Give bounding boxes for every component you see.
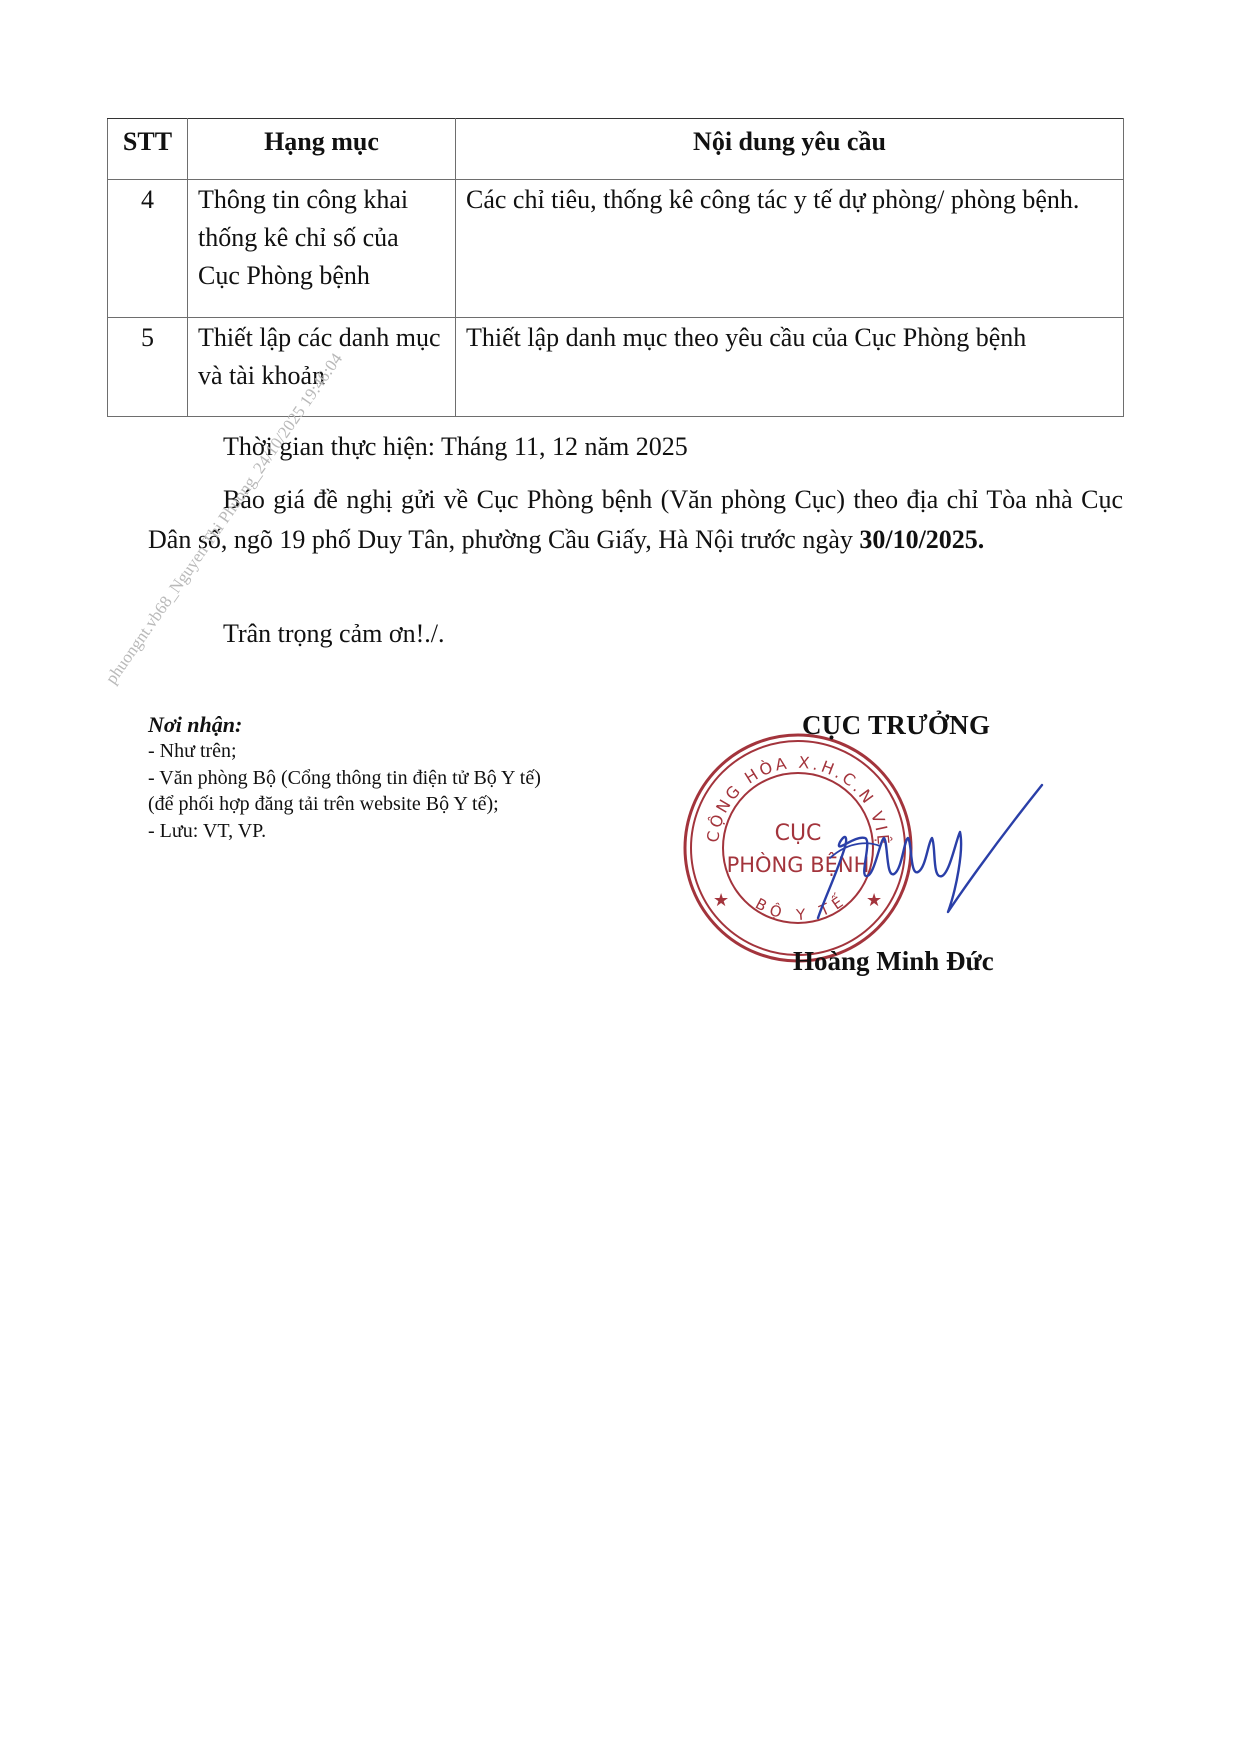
recipient-line: - Như trên; bbox=[148, 738, 541, 765]
table-row: 4 Thông tin công khai thống kê chỉ số củ… bbox=[108, 180, 1124, 318]
recipient-line: - Lưu: VT, VP. bbox=[148, 818, 541, 845]
row-stt: 5 bbox=[108, 318, 188, 417]
star-icon: ★ bbox=[713, 890, 729, 911]
handwritten-signature-icon bbox=[810, 780, 1050, 930]
header-item: Hạng mục bbox=[188, 119, 456, 180]
recipient-line: - Văn phòng Bộ (Cổng thông tin điện tử B… bbox=[148, 765, 541, 792]
quotation-paragraph: Báo giá đề nghị gửi về Cục Phòng bệnh (V… bbox=[148, 480, 1123, 560]
row-requirement: Thiết lập danh mục theo yêu cầu của Cục … bbox=[456, 318, 1124, 417]
row-requirement: Các chỉ tiêu, thống kê công tác y tế dự … bbox=[456, 180, 1124, 318]
row-item: Thông tin công khai thống kê chỉ số của … bbox=[188, 180, 456, 318]
requirements-table: STT Hạng mục Nội dung yêu cầu 4 Thông ti… bbox=[107, 118, 1124, 417]
table-header-row: STT Hạng mục Nội dung yêu cầu bbox=[108, 119, 1124, 180]
header-stt: STT bbox=[108, 119, 188, 180]
recipients-block: Nơi nhận: - Như trên; - Văn phòng Bộ (Cổ… bbox=[148, 711, 541, 844]
deadline-date: 30/10/2025. bbox=[859, 525, 984, 554]
signer-name: Hoàng Minh Đức bbox=[793, 946, 994, 977]
thanks-text: Trân trọng cảm ơn!./. bbox=[223, 619, 444, 648]
header-requirement: Nội dung yêu cầu bbox=[456, 119, 1124, 180]
thanks-paragraph: Trân trọng cảm ơn!./. bbox=[148, 614, 1123, 654]
recipients-title: Nơi nhận: bbox=[148, 711, 541, 738]
signer-position: CỤC TRƯỞNG bbox=[802, 710, 990, 741]
row-stt: 4 bbox=[108, 180, 188, 318]
recipient-line: (để phối hợp đăng tải trên website Bộ Y … bbox=[148, 791, 541, 818]
table-row: 5 Thiết lập các danh mục và tài khoản Th… bbox=[108, 318, 1124, 417]
